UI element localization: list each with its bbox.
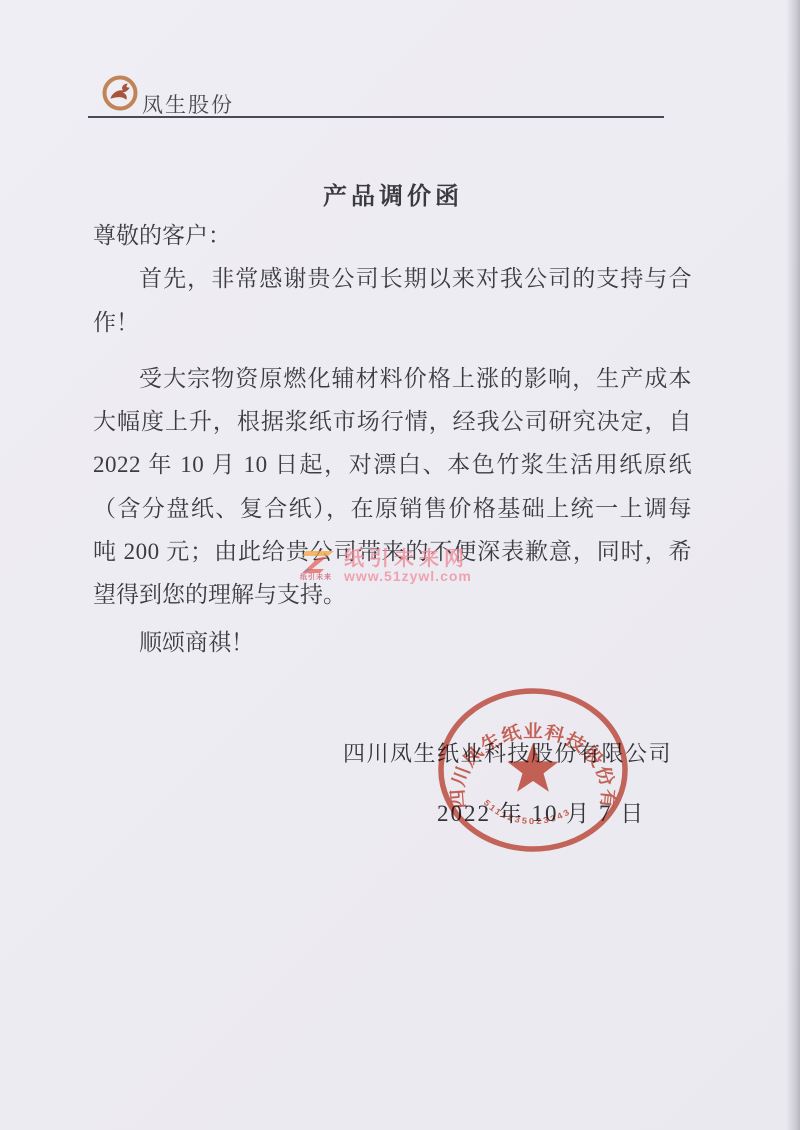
body-line: 2022 年 10 月 10 日起，对漂白、本色竹浆生活用纸原纸: [93, 443, 692, 486]
body-line: 大幅度上升，根据浆纸市场行情，经我公司研究决定，自: [93, 400, 692, 443]
watermark-site-name: 纸引未来网: [344, 549, 472, 569]
seal-star-icon: [507, 743, 558, 792]
body-line: 作！: [93, 301, 692, 344]
watermark-site-url: www.51zywl.com: [344, 569, 472, 584]
scan-edge-shadow: [786, 0, 800, 1130]
watermark-z-logo-icon: 纸引未来: [298, 549, 338, 583]
site-watermark: 纸引未来 纸引未来网 www.51zywl.com: [298, 549, 472, 584]
letterhead-divider: [88, 116, 664, 118]
letter-body: 尊敬的客户： 首先，非常感谢贵公司长期以来对我公司的支持与合 作！ 受大宗物资原…: [93, 214, 692, 664]
svg-text:5111235023343: 5111235023343: [482, 798, 573, 827]
salutation: 尊敬的客户：: [93, 214, 692, 257]
body-line: 首先，非常感谢贵公司长期以来对我公司的支持与合: [93, 257, 692, 300]
company-seal-stamp: 四川凤生纸业科技股份有限公司 5111235023343: [433, 684, 633, 856]
letter-title: 产品调价函: [93, 176, 693, 211]
scanned-letter-page: 凤生股份 产品调价函 尊敬的客户： 首先，非常感谢贵公司长期以来对我公司的支持与…: [0, 0, 800, 1130]
watermark-logo-caption: 纸引未来: [300, 572, 332, 582]
body-line: （含分盘纸、复合纸），在原销售价格基础上统一上调每: [93, 487, 692, 530]
body-line: 受大宗物资原燃化辅材料价格上涨的影响，生产成本: [93, 357, 692, 400]
seal-arc-company-text: 四川凤生纸业科技股份有限公司: [433, 684, 620, 811]
brand-name: 凤生股份: [142, 89, 234, 119]
svg-text:四川凤生纸业科技股份有限公司: 四川凤生纸业科技股份有限公司: [433, 684, 620, 811]
seal-serial-number: 5111235023343: [482, 798, 573, 827]
closing-salute: 顺颂商祺！: [93, 621, 692, 664]
watermark-texts: 纸引未来网 www.51zywl.com: [344, 549, 472, 584]
fengsheng-phoenix-logo-icon: [102, 75, 138, 111]
